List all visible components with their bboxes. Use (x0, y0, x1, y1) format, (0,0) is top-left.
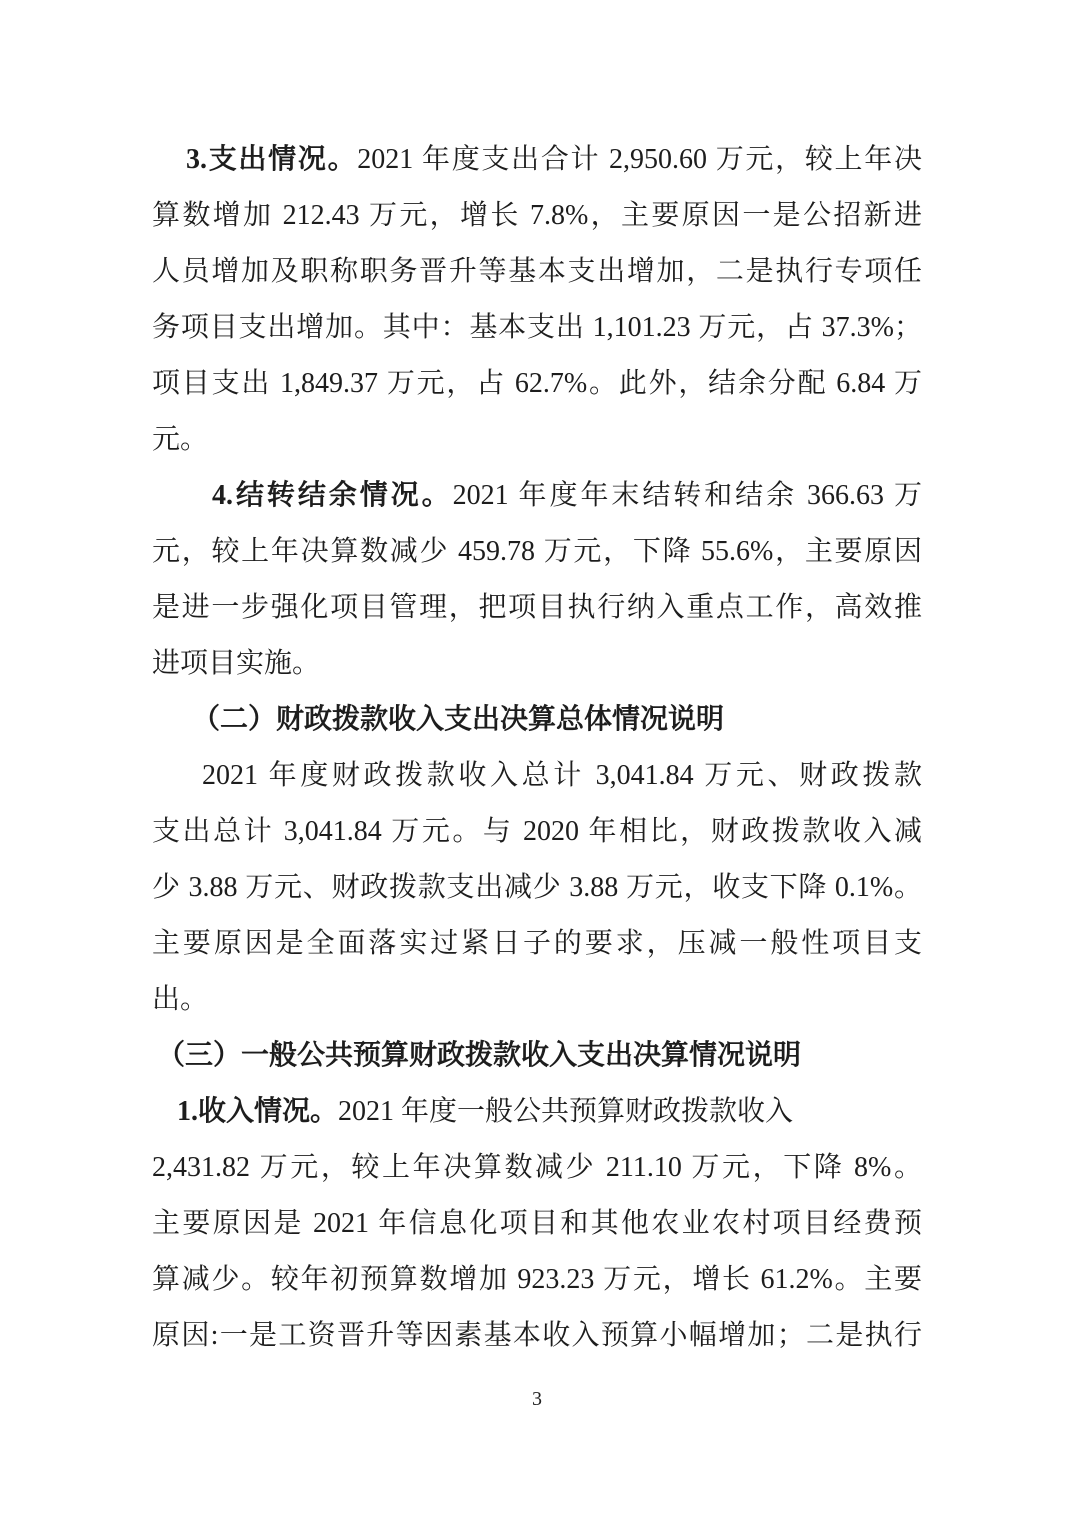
body-run: 是进一步强化项目管理，把项目执行纳入重点工作，高效推 (152, 592, 922, 623)
text-line: 项目支出 1,849.37 万元，占 62.7%。此外，结余分配 6.84 万 (152, 356, 922, 412)
body-run: 元，较上年决算数减少 459.78 万元，下降 55.6%，主要原因 (152, 536, 922, 567)
body-run: 项目支出 1,849.37 万元，占 62.7%。此外，结余分配 6.84 万 (152, 368, 922, 399)
body-run: 人员增加及职称职务晋升等基本支出增加，二是执行专项任 (152, 256, 922, 287)
text-line: 进项目实施。 (152, 636, 922, 692)
body-run: 出。 (152, 984, 208, 1015)
heading-run: 3.支出情况。 (186, 144, 357, 175)
section-heading: （二）财政拨款收入支出决算总体情况说明 (152, 692, 922, 748)
body-run: 2,431.82 万元，较上年决算数减少 211.10 万元，下降 8%。 (152, 1152, 922, 1183)
body-run: 原因:一是工资晋升等因素基本收入预算小幅增加；二是执行 (152, 1320, 922, 1351)
page-number: 3 (0, 1384, 1074, 1414)
text-line: 主要原因是 2021 年信息化项目和其他农业农村项目经费预 (152, 1196, 922, 1252)
text-line: 是进一步强化项目管理，把项目执行纳入重点工作，高效推 (152, 580, 922, 636)
heading-run: （三）一般公共预算财政拨款收入支出决算情况说明 (157, 1040, 801, 1071)
body-run: 主要原因是 2021 年信息化项目和其他农业农村项目经费预 (152, 1208, 922, 1239)
body-run: 算数增加 212.43 万元，增长 7.8%，主要原因一是公招新进 (152, 200, 922, 231)
body-run: 2021 年度年末结转和结余 366.63 万 (453, 480, 922, 511)
text-line: 算减少。较年初预算数增加 923.23 万元，增长 61.2%。主要 (152, 1252, 922, 1308)
text-line: 元，较上年决算数减少 459.78 万元，下降 55.6%，主要原因 (152, 524, 922, 580)
body-run: 务项目支出增加。其中：基本支出 1,101.23 万元，占 37.3%； (152, 312, 922, 343)
text-line: 出。 (152, 972, 922, 1028)
body-run: 进项目实施。 (152, 648, 320, 679)
body-run: 2021 年度一般公共预算财政拨款收入 (338, 1096, 793, 1127)
text-line: 3.支出情况。2021 年度支出合计 2,950.60 万元，较上年决 (152, 132, 922, 188)
text-line: 元。 (152, 412, 922, 468)
body-run: 少 3.88 万元、财政拨款支出减少 3.88 万元，收支下降 0.1%。 (152, 872, 922, 903)
body-run: 支出总计 3,041.84 万元。与 2020 年相比，财政拨款收入减 (152, 816, 922, 847)
text-line: 算数增加 212.43 万元，增长 7.8%，主要原因一是公招新进 (152, 188, 922, 244)
body-run: 主要原因是全面落实过紧日子的要求，压减一般性项目支 (152, 928, 922, 959)
text-line: 2,431.82 万元，较上年决算数减少 211.10 万元，下降 8%。 (152, 1140, 922, 1196)
text-line: 原因:一是工资晋升等因素基本收入预算小幅增加；二是执行 (152, 1308, 922, 1364)
text-block: 3.支出情况。2021 年度支出合计 2,950.60 万元，较上年决 算数增加… (152, 132, 922, 1364)
heading-run: 4.结转结余情况。 (212, 480, 453, 511)
heading-run: （二）财政拨款收入支出决算总体情况说明 (192, 704, 724, 735)
text-line: 务项目支出增加。其中：基本支出 1,101.23 万元，占 37.3%； (152, 300, 922, 356)
text-line: 少 3.88 万元、财政拨款支出减少 3.88 万元，收支下降 0.1%。 (152, 860, 922, 916)
heading-run: 1.收入情况。 (177, 1096, 338, 1127)
text-line: 1.收入情况。2021 年度一般公共预算财政拨款收入 (152, 1084, 922, 1140)
document-page: 3.支出情况。2021 年度支出合计 2,950.60 万元，较上年决 算数增加… (0, 0, 1074, 1520)
body-run: 元。 (152, 424, 208, 455)
text-line: 人员增加及职称职务晋升等基本支出增加，二是执行专项任 (152, 244, 922, 300)
text-line: 4.结转结余情况。2021 年度年末结转和结余 366.63 万 (152, 468, 922, 524)
body-run: 2021 年度财政拨款收入总计 3,041.84 万元、财政拨款 (202, 760, 922, 791)
text-line: 主要原因是全面落实过紧日子的要求，压减一般性项目支 (152, 916, 922, 972)
section-heading: （三）一般公共预算财政拨款收入支出决算情况说明 (152, 1028, 922, 1084)
text-line: 2021 年度财政拨款收入总计 3,041.84 万元、财政拨款 (152, 748, 922, 804)
text-line: 支出总计 3,041.84 万元。与 2020 年相比，财政拨款收入减 (152, 804, 922, 860)
body-run: 算减少。较年初预算数增加 923.23 万元，增长 61.2%。主要 (152, 1264, 922, 1295)
body-run: 2021 年度支出合计 2,950.60 万元，较上年决 (357, 144, 922, 175)
